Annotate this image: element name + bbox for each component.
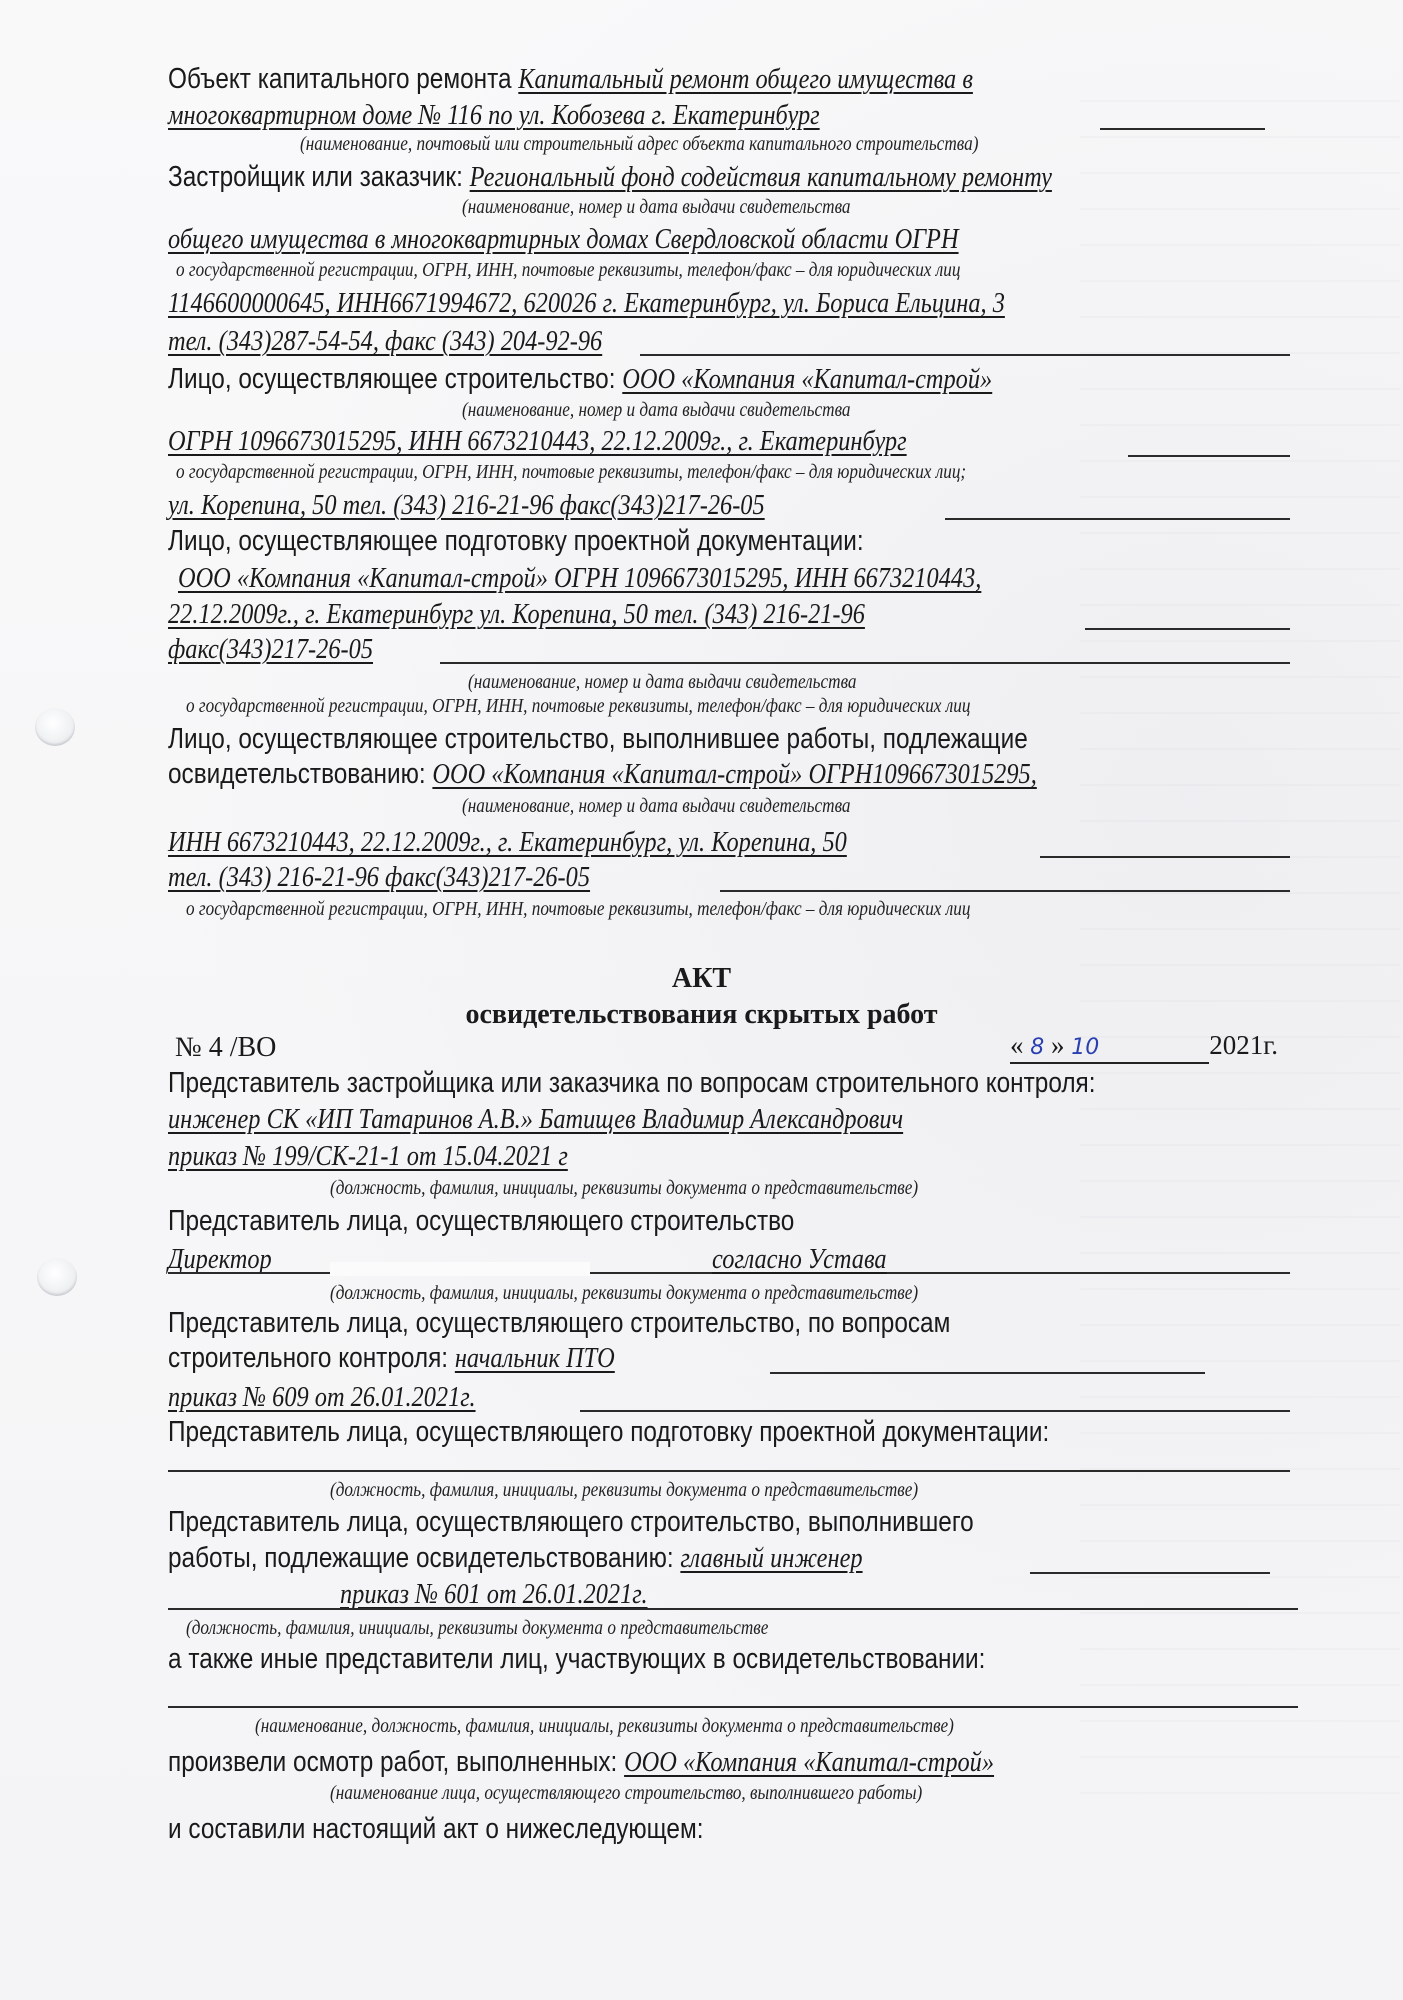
rep-control-line-2: приказ № 609 от 26.01.2021г. [168, 1380, 1110, 1414]
date-day: 8 [1030, 1035, 1044, 1060]
developer-name: Региональный фонд содействия капитальном… [470, 161, 1052, 193]
designer-fax: факс(343)217-26-05 [168, 633, 373, 665]
performer-line-1: освидетельствованию: ООО «Компания «Капи… [168, 757, 1110, 791]
act-date: « 8 » 102021г. [1010, 1030, 1278, 1061]
rep-performer-line-1: работы, подлежащие освидетельствованию: … [168, 1541, 1110, 1575]
developer-line-3: 1146600000645, ИНН6671994672, 620026 г. … [168, 286, 1110, 320]
rep-customer-line-1: инженер СК «ИП Татаринов А.В.» Батищев В… [168, 1102, 1110, 1136]
rep-builder-caption: (должность, фамилия, инициалы, реквизиты… [330, 1281, 918, 1305]
builder-caption-1: (наименование, номер и дата выдачи свиде… [462, 398, 851, 422]
developer-line-2: общего имущества в многоквартирных домах… [168, 222, 1110, 256]
object-line-2: многоквартирном доме № 116 по ул. Кобозе… [168, 98, 1110, 132]
rep-builder-label-line: Представитель лица, осуществляющего стро… [168, 1204, 1110, 1238]
designer-line-2: 22.12.2009г., г. Екатеринбург ул. Корепи… [168, 597, 1110, 631]
performer-line-2: ИНН 6673210443, 22.12.2009г., г. Екатери… [168, 825, 1110, 859]
rep-customer-line-2: приказ № 199/СК-21-1 от 15.04.2021 г [168, 1139, 1110, 1173]
others-label-line: а также иные представители лиц, участвую… [168, 1642, 1110, 1676]
date-year: 2021г. [1209, 1030, 1278, 1060]
rep-customer-order: приказ № 199/СК-21-1 от 15.04.2021 г [168, 1140, 568, 1172]
closing-text: и составили настоящий акт о нижеследующе… [168, 1813, 703, 1845]
designer-caption-1: (наименование, номер и дата выдачи свиде… [468, 670, 857, 694]
rep-designer-label: Представитель лица, осуществляющего подг… [168, 1416, 1049, 1448]
rep-builder-label: Представитель лица, осуществляющего стро… [168, 1205, 794, 1237]
others-label: а также иные представители лиц, участвую… [168, 1643, 985, 1675]
redacted-name [330, 1262, 590, 1276]
developer-requisites: 1146600000645, ИНН6671994672, 620026 г. … [168, 287, 1005, 319]
developer-caption-2: о государственной регистрации, ОГРН, ИНН… [176, 258, 960, 282]
rep-performer-label-line-1: Представитель лица, осуществляющего стро… [168, 1505, 1110, 1539]
date-quote-open: « [1010, 1030, 1030, 1060]
designer-label: Лицо, осуществляющее подготовку проектно… [168, 525, 864, 557]
rep-control-label-2: строительного контроля: [168, 1342, 455, 1374]
developer-caption-1: (наименование, номер и дата выдачи свиде… [462, 195, 851, 219]
act-subtitle: освидетельствования скрытых работ [0, 998, 1403, 1032]
builder-label: Лицо, осуществляющее строительство: [168, 363, 622, 395]
rep-performer-label-2: работы, подлежащие освидетельствованию: [168, 1542, 680, 1574]
object-value: Капитальный ремонт общего имущества в [518, 63, 973, 95]
act-date-handwritten: « 8 » 10 [1010, 1030, 1209, 1064]
fill-rule [1100, 128, 1265, 130]
object-caption: (наименование, почтовый или строительный… [300, 132, 978, 156]
punch-hole-top [35, 708, 75, 746]
fill-rule [1030, 1572, 1270, 1574]
designer-label-line: Лицо, осуществляющее подготовку проектно… [168, 524, 1110, 558]
date-month: 10 [1071, 1035, 1099, 1060]
inspection-label: произвели осмотр работ, выполненных: [168, 1746, 624, 1778]
rep-designer-label-line: Представитель лица, осуществляющего подг… [168, 1415, 1110, 1449]
object-line-1: Объект капитального ремонта Капитальный … [168, 62, 1110, 96]
builder-address: ул. Корепина, 50 тел. (343) 216-21-96 фа… [168, 489, 765, 521]
rep-control-label-line-1: Представитель лица, осуществляющего стро… [168, 1306, 1110, 1340]
designer-name: ООО «Компания «Капитал-строй» ОГРН 10966… [178, 562, 981, 594]
rep-designer-caption: (должность, фамилия, инициалы, реквизиты… [330, 1478, 918, 1502]
rep-builder-basis-line: согласно Устава [712, 1242, 1048, 1276]
builder-name: ООО «Компания «Капитал-строй» [622, 363, 992, 395]
designer-address: 22.12.2009г., г. Екатеринбург ул. Корепи… [168, 598, 865, 630]
developer-line-4: тел. (343)287-54-54, факс (343) 204-92-9… [168, 324, 1110, 358]
performer-label-2: освидетельствованию: [168, 758, 432, 790]
performer-name: ООО «Компания «Капитал-строй» ОГРН109667… [432, 758, 1036, 790]
rep-customer-label-line: Представитель застройщика или заказчика … [168, 1066, 1110, 1100]
rep-performer-line-2: приказ № 601 от 26.01.2021г. [340, 1577, 1282, 1611]
builder-requisites: ОГРН 1096673015295, ИНН 6673210443, 22.1… [168, 425, 907, 457]
object-label: Объект капитального ремонта [168, 63, 518, 95]
fill-rule [945, 518, 1290, 520]
designer-line-3: факс(343)217-26-05 [168, 632, 1110, 666]
fill-rule [1128, 455, 1290, 457]
rep-builder-position: Директор [168, 1243, 272, 1275]
performer-label-1: Лицо, осуществляющее строительство, выпо… [168, 723, 1028, 755]
inspection-line: произвели осмотр работ, выполненных: ООО… [168, 1745, 1110, 1779]
punch-hole-bottom [37, 1258, 77, 1296]
date-quote-close: » [1044, 1030, 1071, 1060]
rep-customer-name: инженер СК «ИП Татаринов А.В.» Батищев В… [168, 1103, 903, 1135]
others-blank [168, 1706, 1298, 1708]
performer-caption-2: о государственной регистрации, ОГРН, ИНН… [186, 897, 970, 921]
designer-caption-2: о государственной регистрации, ОГРН, ИНН… [186, 694, 970, 718]
performer-phone: тел. (343) 216-21-96 факс(343)217-26-05 [168, 861, 590, 893]
builder-line-1: Лицо, осуществляющее строительство: ООО … [168, 362, 1110, 396]
act-number: № 4 /ВО [175, 1032, 276, 1064]
performer-label-line-1: Лицо, осуществляющее строительство, выпо… [168, 722, 1110, 756]
fill-rule [580, 1410, 1290, 1412]
fill-rule [1040, 856, 1290, 858]
builder-caption-2: о государственной регистрации, ОГРН, ИНН… [176, 460, 966, 484]
rep-customer-caption: (должность, фамилия, инициалы, реквизиты… [330, 1176, 918, 1200]
rep-designer-blank [168, 1470, 1290, 1472]
rep-control-position: начальник ПТО [455, 1342, 615, 1374]
fill-rule [1085, 628, 1290, 630]
fill-rule [640, 354, 1290, 356]
developer-name-cont: общего имущества в многоквартирных домах… [168, 223, 959, 255]
rep-control-label-1: Представитель лица, осуществляющего стро… [168, 1307, 950, 1339]
rep-control-order: приказ № 609 от 26.01.2021г. [168, 1381, 476, 1413]
performer-caption-1: (наименование, номер и дата выдачи свиде… [462, 794, 851, 818]
rep-performer-order: приказ № 601 от 26.01.2021г. [340, 1578, 648, 1610]
closing-line: и составили настоящий акт о нижеследующе… [168, 1812, 1110, 1846]
document-page: Объект капитального ремонта Капитальный … [0, 0, 1403, 2000]
rep-performer-position: главный инженер [680, 1542, 862, 1574]
rep-customer-label: Представитель застройщика или заказчика … [168, 1067, 1096, 1099]
rep-builder-basis: согласно Устава [712, 1243, 887, 1275]
developer-phone: тел. (343)287-54-54, факс (343) 204-92-9… [168, 325, 602, 357]
rep-performer-label-1: Представитель лица, осуществляющего стро… [168, 1506, 974, 1538]
rep-performer-caption: (должность, фамилия, инициалы, реквизиты… [186, 1616, 768, 1640]
object-address: многоквартирном доме № 116 по ул. Кобозе… [168, 99, 820, 131]
act-title: АКТ [0, 962, 1403, 996]
builder-line-3: ул. Корепина, 50 тел. (343) 216-21-96 фа… [168, 488, 1110, 522]
designer-line-1: ООО «Компания «Капитал-строй» ОГРН 10966… [178, 561, 1120, 595]
performer-line-3: тел. (343) 216-21-96 факс(343)217-26-05 [168, 860, 1110, 894]
developer-line-1: Застройщик или заказчик: Региональный фо… [168, 160, 1110, 194]
performer-requisites: ИНН 6673210443, 22.12.2009г., г. Екатери… [168, 826, 847, 858]
fill-rule [770, 1372, 1205, 1374]
developer-label: Застройщик или заказчик: [168, 161, 470, 193]
fill-rule [168, 1608, 1298, 1610]
fill-rule [440, 662, 1290, 664]
inspection-performer: ООО «Компания «Капитал-строй» [624, 1746, 994, 1778]
inspection-caption: (наименование лица, осуществляющего стро… [330, 1781, 922, 1805]
fill-rule [720, 890, 1290, 892]
rep-control-line-1: строительного контроля: начальник ПТО [168, 1341, 1110, 1375]
others-caption: (наименование, должность, фамилия, иници… [255, 1714, 954, 1738]
builder-line-2: ОГРН 1096673015295, ИНН 6673210443, 22.1… [168, 424, 1110, 458]
